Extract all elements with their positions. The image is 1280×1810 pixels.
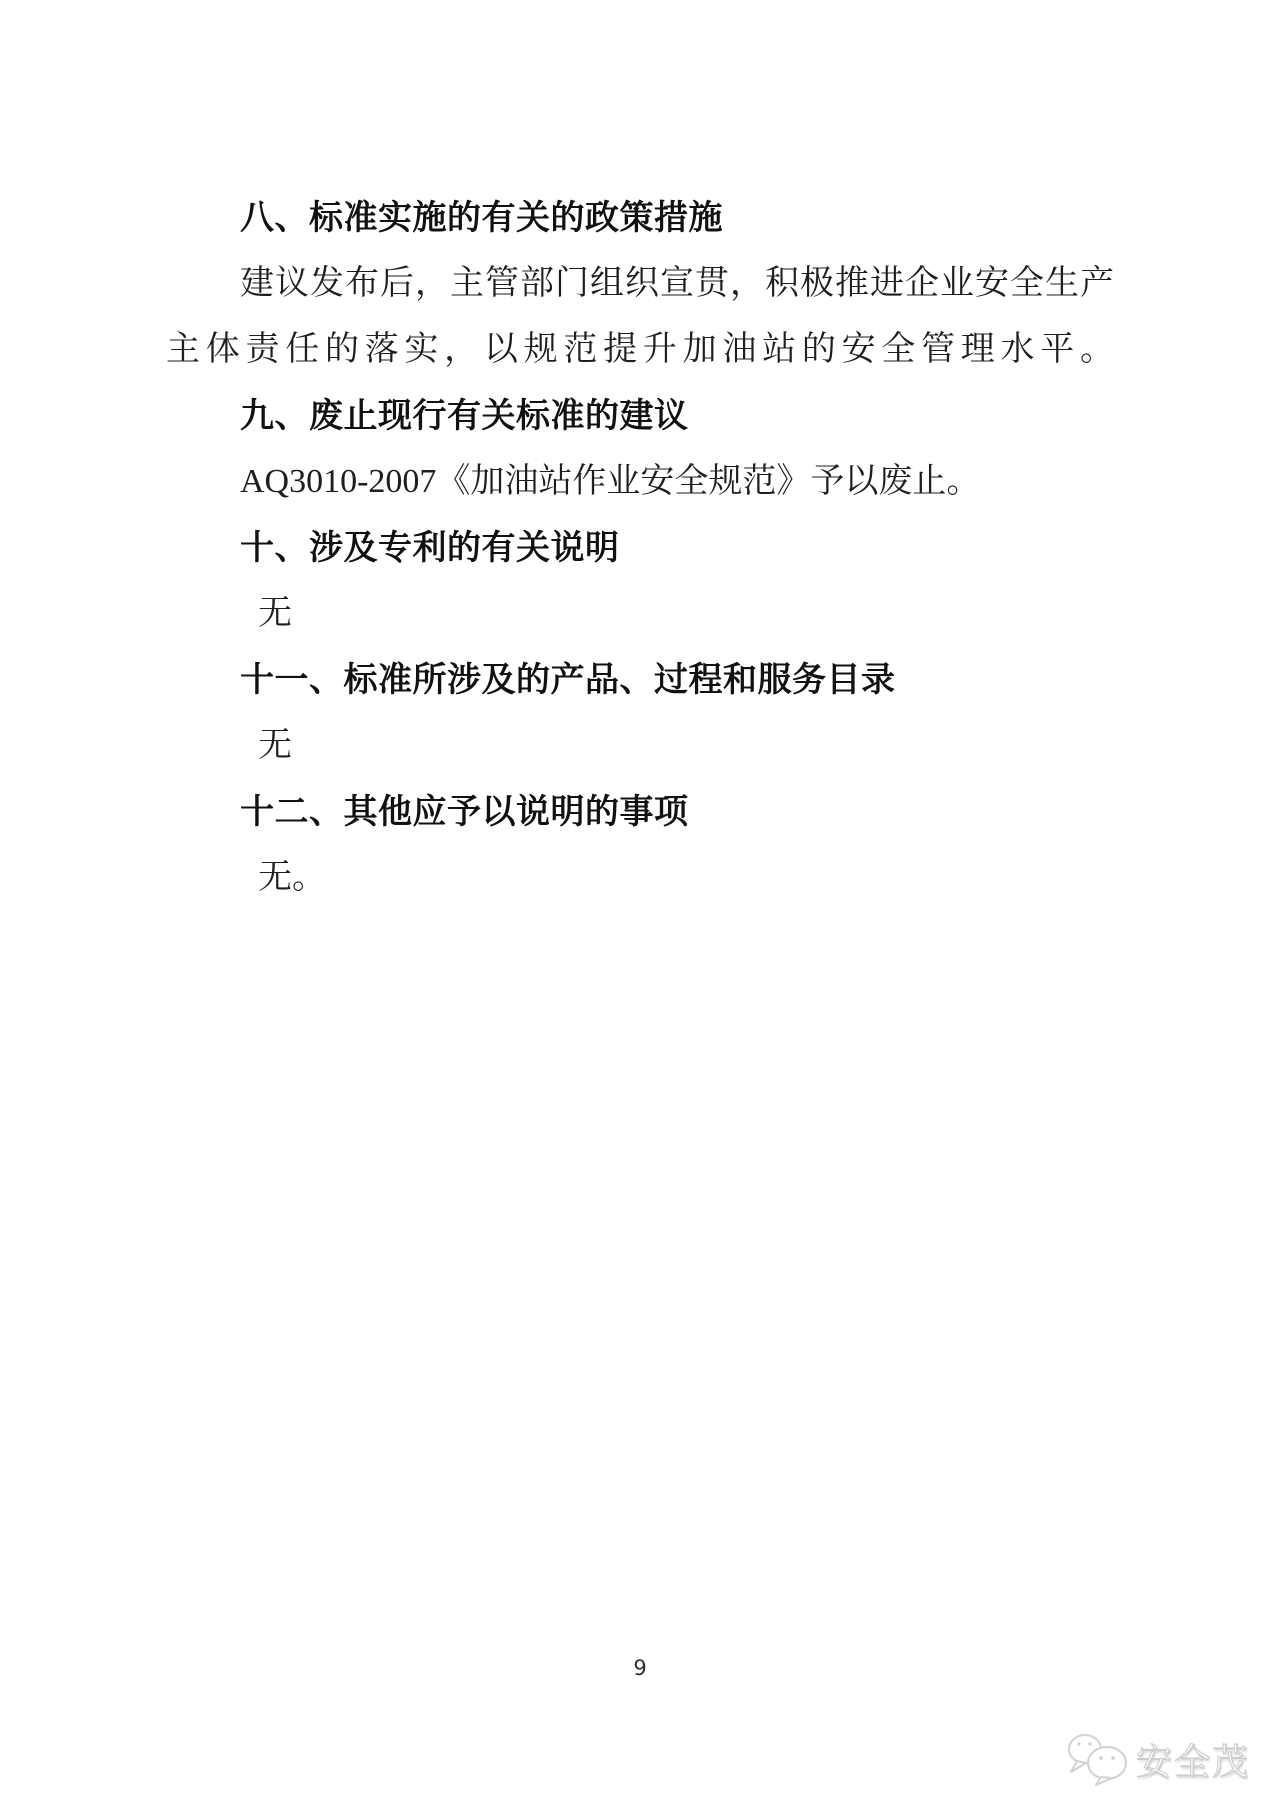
watermark: 安全茂 xyxy=(1064,1732,1250,1786)
none-value: 无。 xyxy=(166,845,1114,911)
paragraph-line: AQ3010-2007《加油站作业安全规范》予以废止。 xyxy=(166,449,1114,515)
paragraph-line: 建议发布后，主管部门组织宣贯，积极推进企业安全生产 xyxy=(166,251,1114,317)
section-heading-8: 八、标准实施的有关的政策措施 xyxy=(166,185,1114,251)
document-page: 八、标准实施的有关的政策措施 建议发布后，主管部门组织宣贯，积极推进企业安全生产… xyxy=(0,0,1280,1810)
none-value: 无 xyxy=(166,713,1114,779)
section-heading-10: 十、涉及专利的有关说明 xyxy=(166,515,1114,581)
none-value: 无 xyxy=(166,581,1114,647)
section-heading-9: 九、废止现行有关标准的建议 xyxy=(166,383,1114,449)
paragraph-line: 主体责任的落实，以规范提升加油站的安全管理水平。 xyxy=(166,317,1114,383)
document-body: 八、标准实施的有关的政策措施 建议发布后，主管部门组织宣贯，积极推进企业安全生产… xyxy=(166,185,1114,911)
section-heading-11: 十一、标准所涉及的产品、过程和服务目录 xyxy=(166,647,1114,713)
watermark-label: 安全茂 xyxy=(1136,1734,1250,1785)
page-number: 9 xyxy=(0,1656,1280,1680)
wechat-bubbles-icon xyxy=(1064,1732,1130,1786)
section-heading-12: 十二、其他应予以说明的事项 xyxy=(166,779,1114,845)
